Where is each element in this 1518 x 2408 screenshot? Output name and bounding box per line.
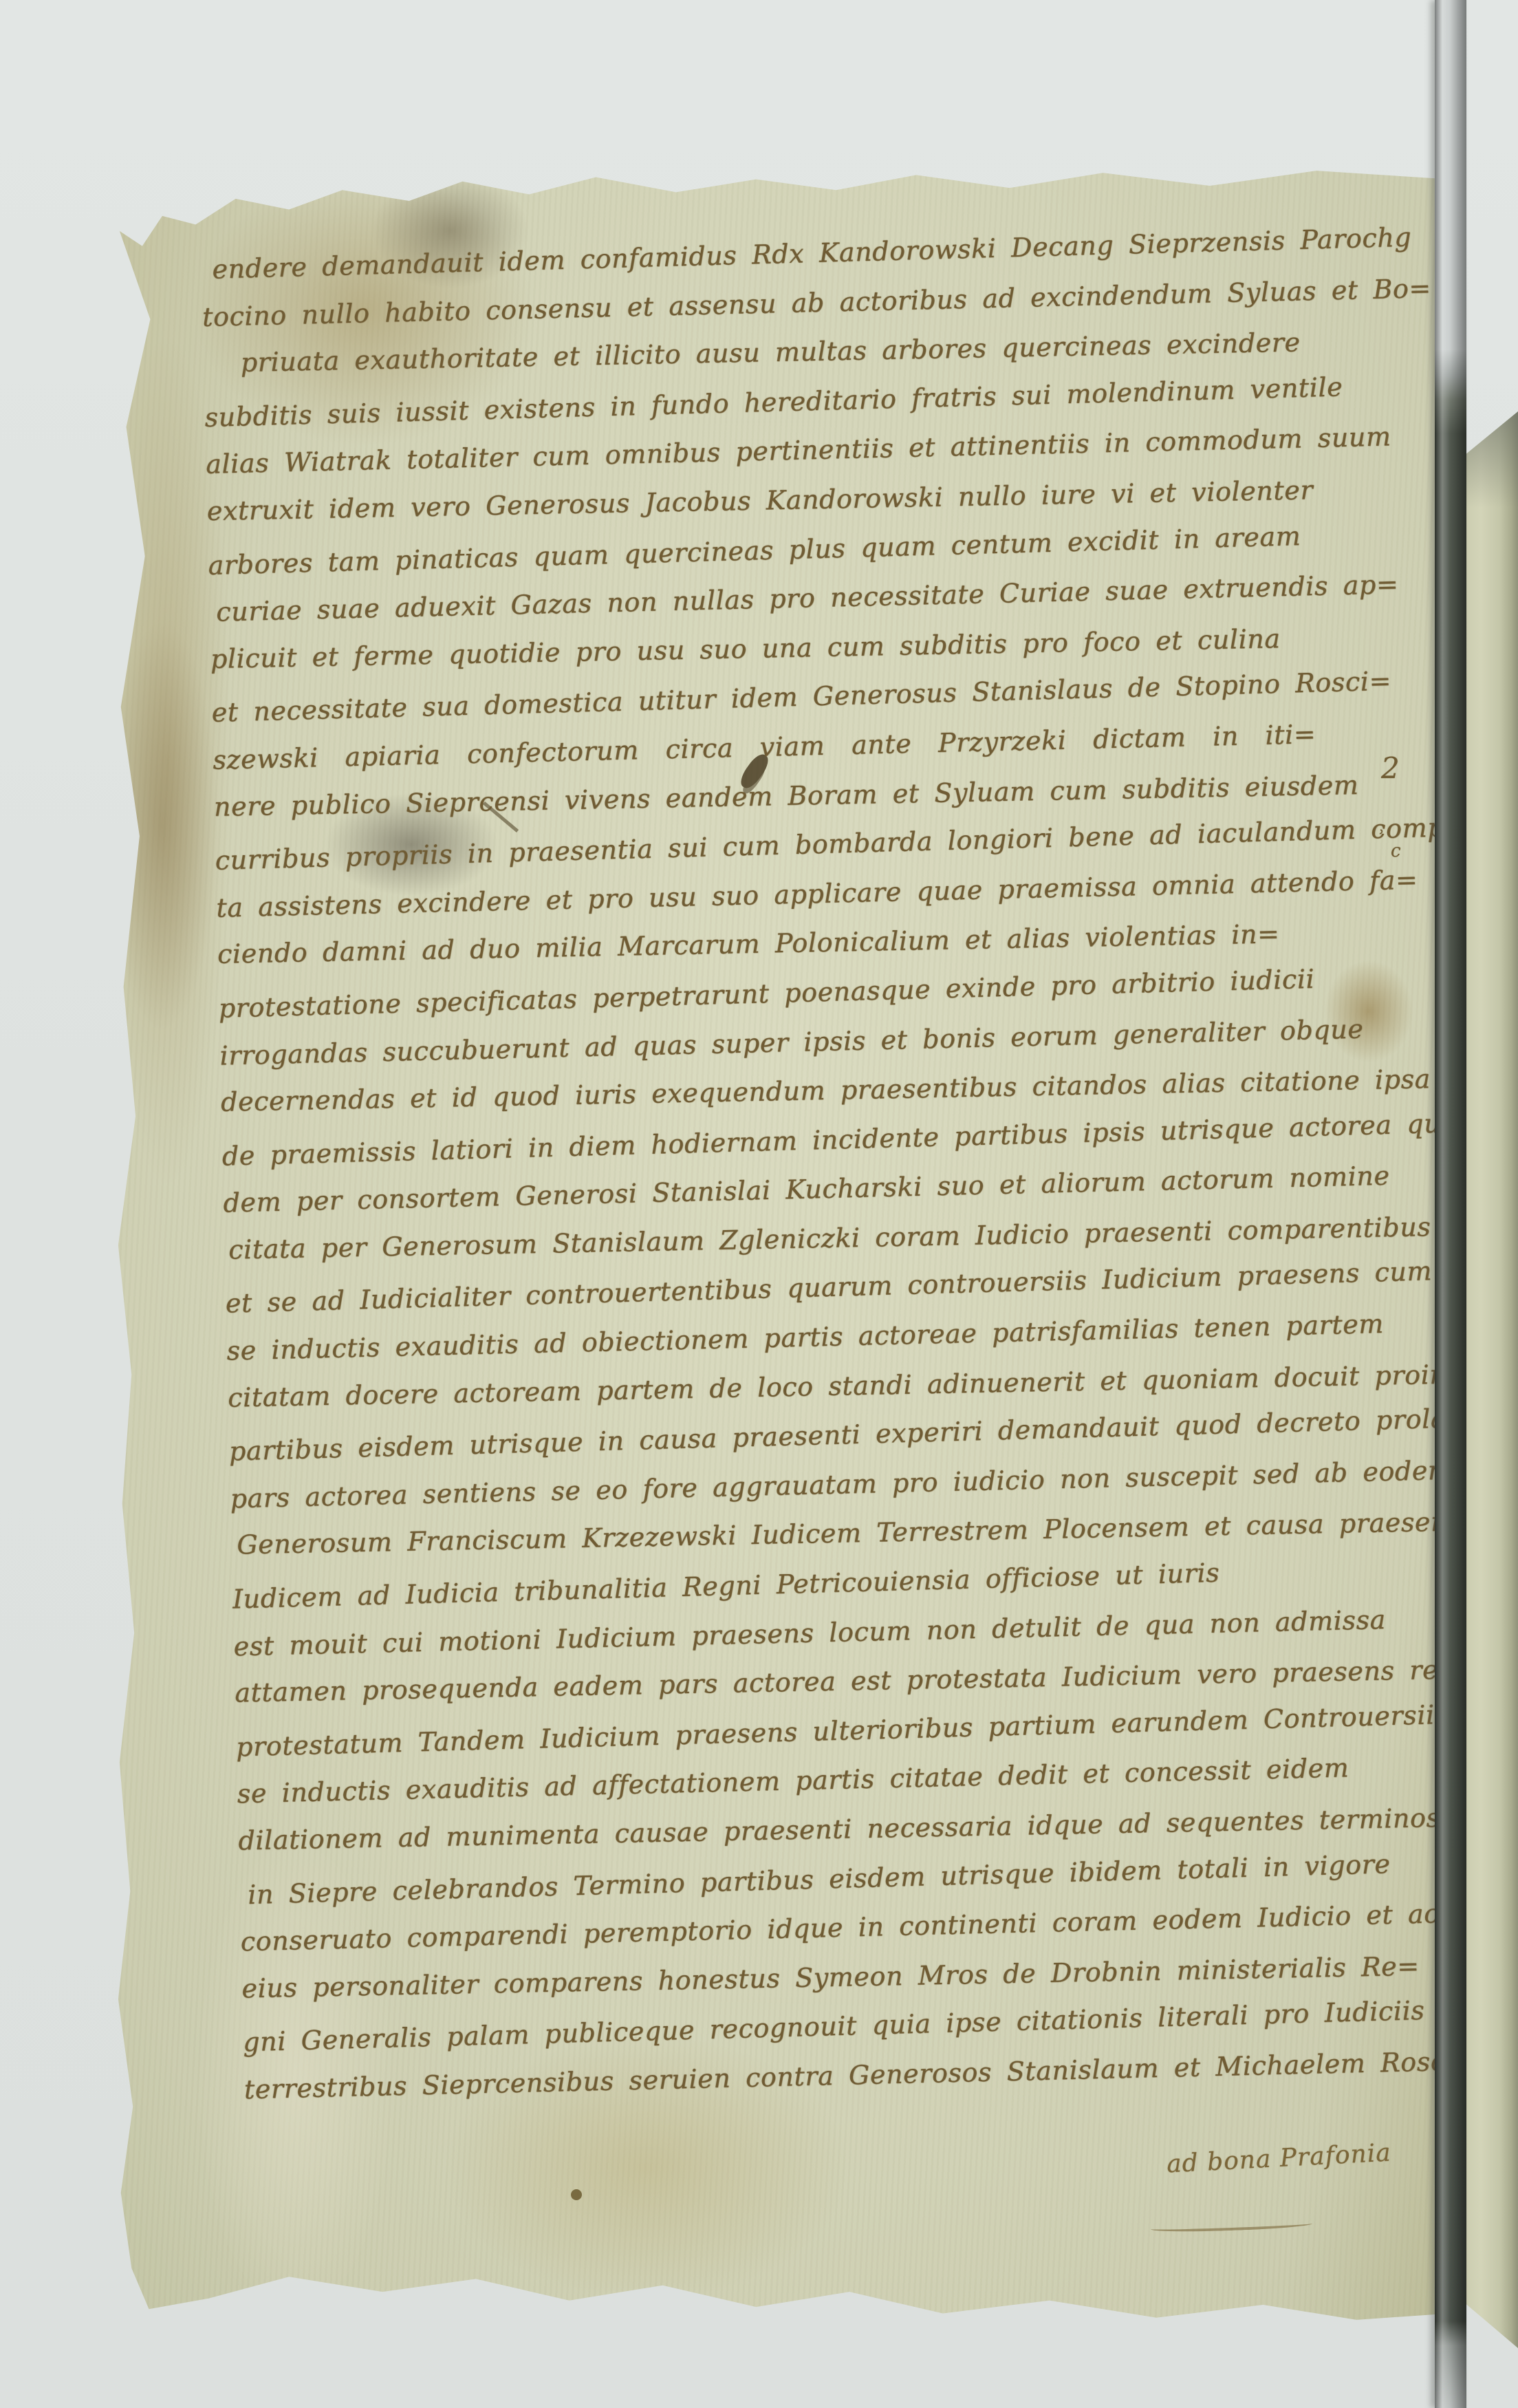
ink-speck (571, 2189, 582, 2200)
manuscript-text-block: endere demandauit idem confamidus Rdx Ka… (201, 224, 1455, 2124)
adjacent-page-edge (1461, 411, 1518, 2348)
side-note-underline (1151, 2219, 1312, 2233)
manuscript-page: endere demandauit idem confamidus Rdx Ka… (116, 169, 1450, 2322)
paper-stain (105, 619, 219, 1032)
side-note: ad bona Prafonia (1166, 2138, 1392, 2178)
binding-rod (1435, 0, 1466, 2408)
photo-backdrop: endere demandauit idem confamidus Rdx Ka… (0, 0, 1518, 2408)
